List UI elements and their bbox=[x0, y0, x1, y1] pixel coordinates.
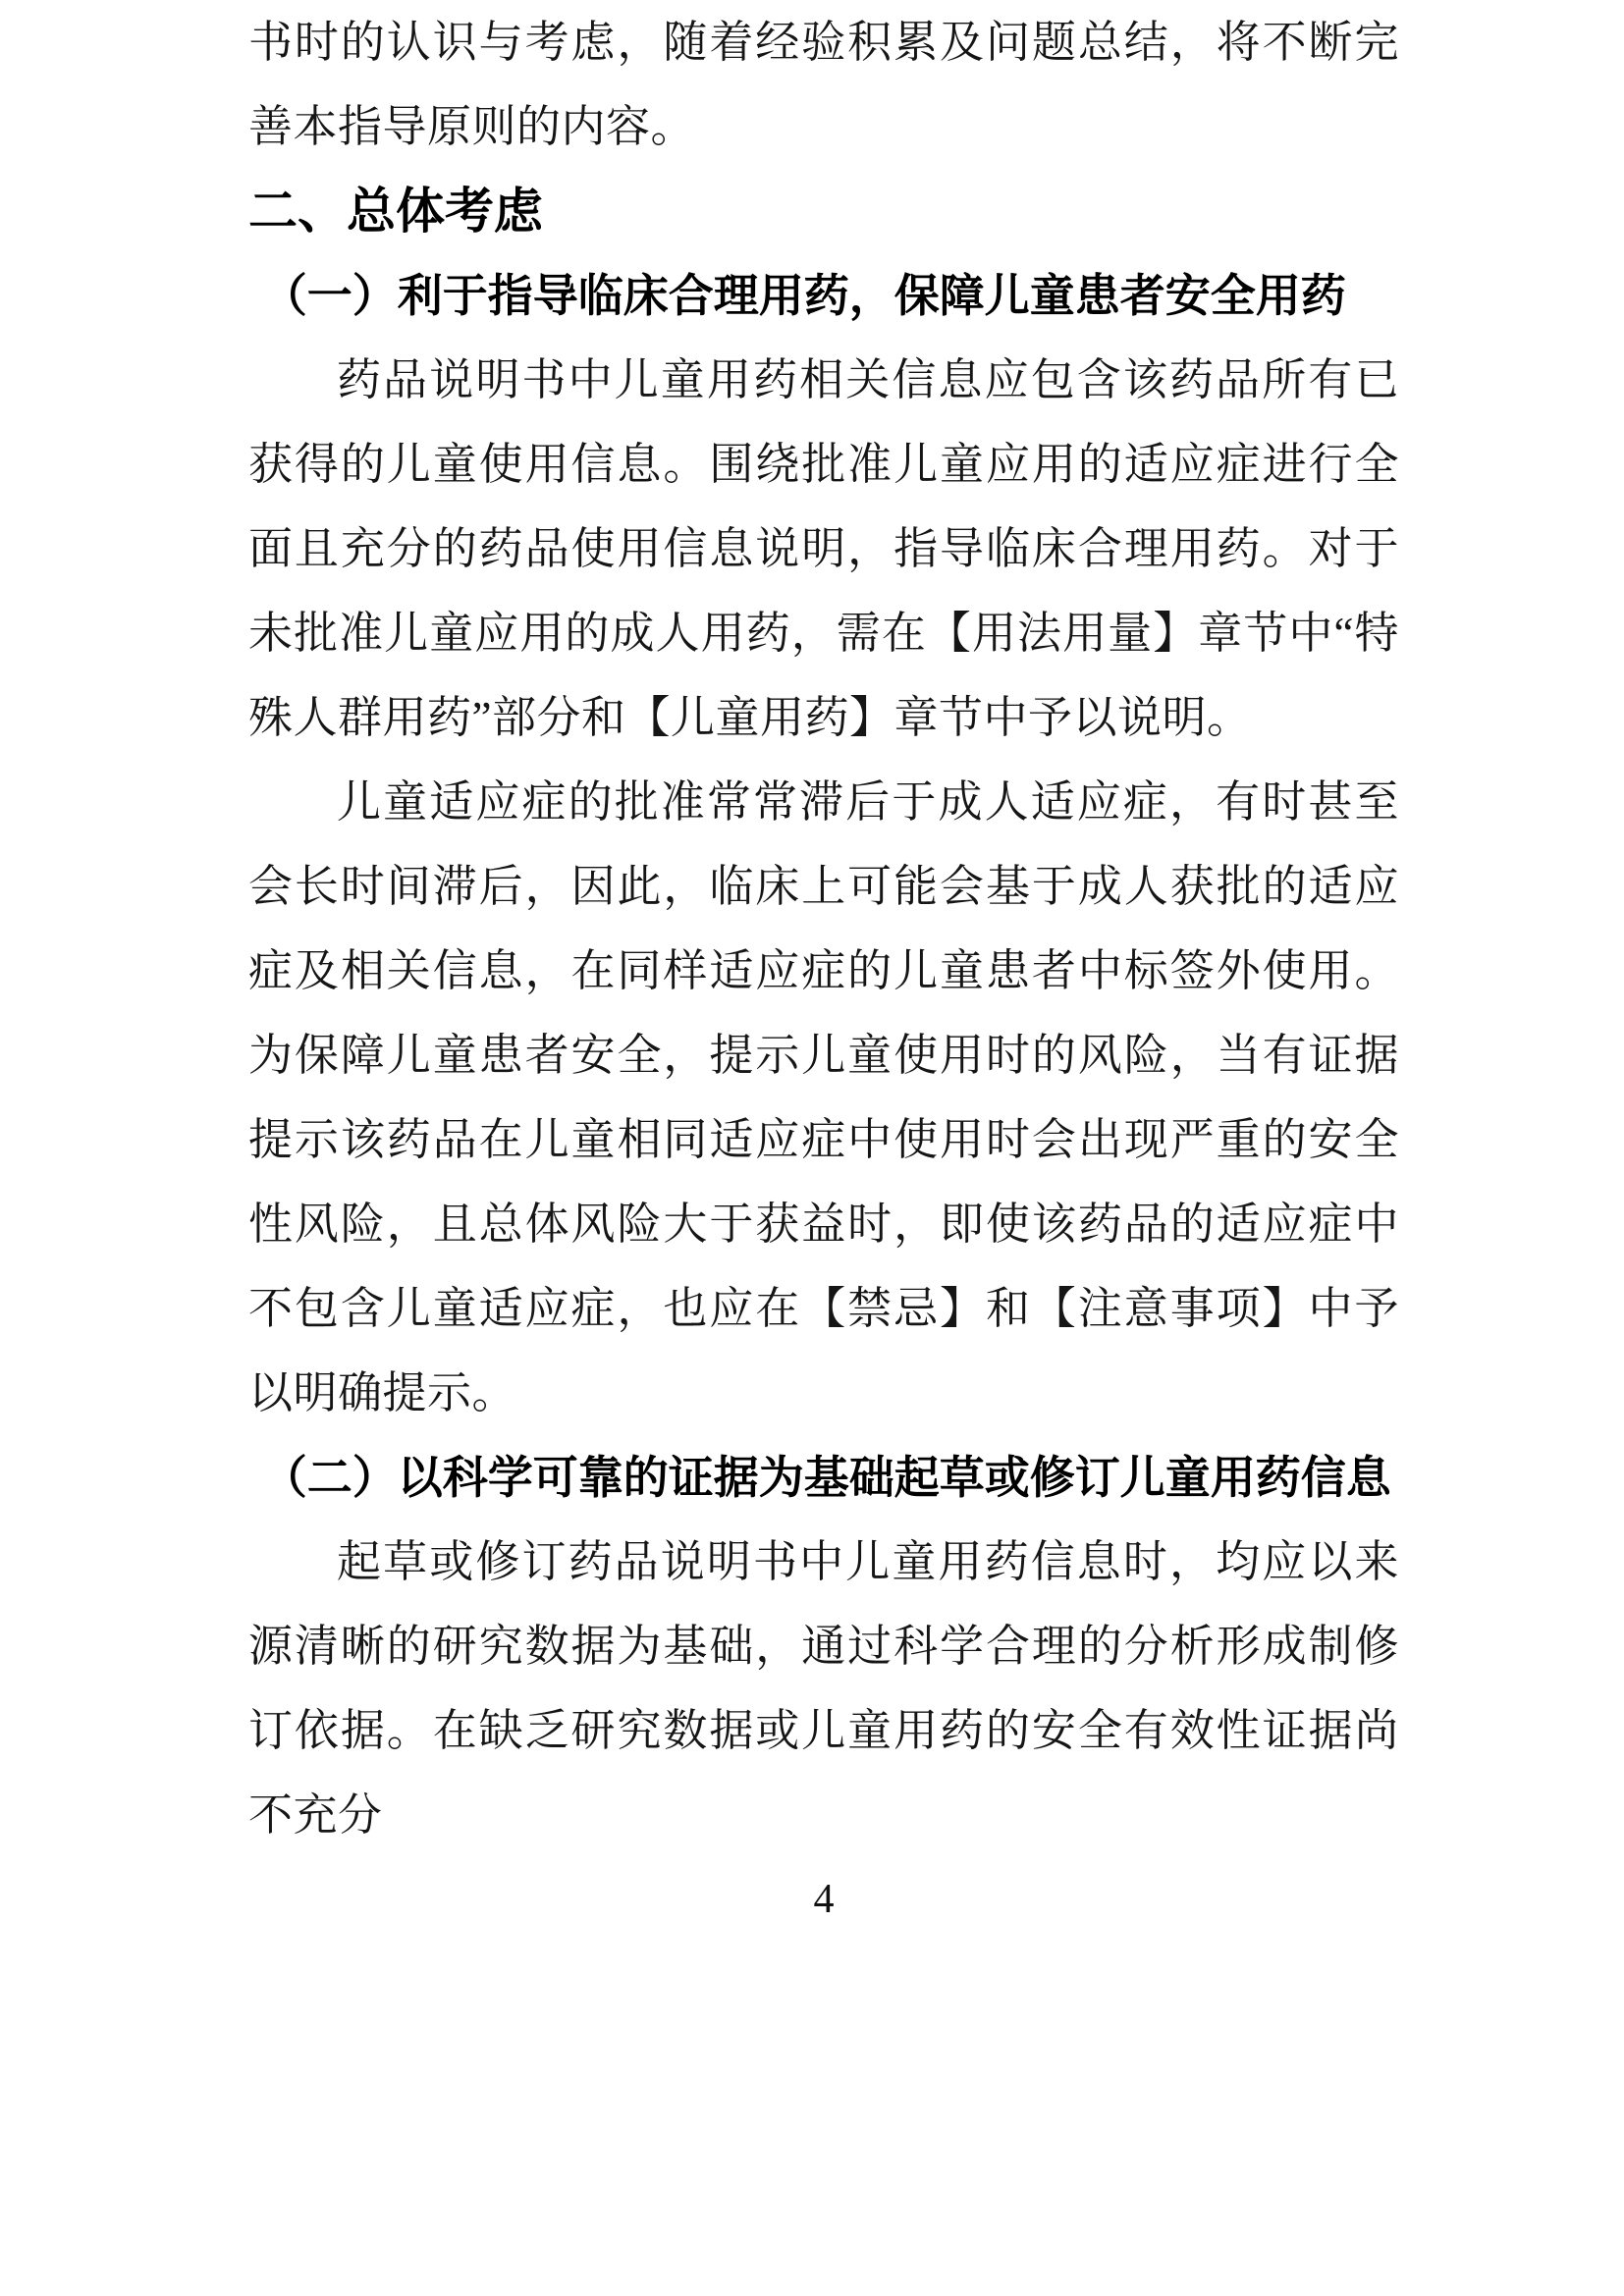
page-number: 4 bbox=[248, 1857, 1399, 1942]
subsection-2-paragraph-1: 起草或修订药品说明书中儿童用药信息时，均应以来源清晰的研究数据为基础，通过科学合… bbox=[248, 1520, 1399, 1857]
subsection-1-paragraph-1: 药品说明书中儿童用药相关信息应包含该药品所有已获得的儿童使用信息。围绕批准儿童应… bbox=[248, 338, 1399, 760]
subsection-1-paragraph-2: 儿童适应症的批准常常滞后于成人适应症，有时甚至会长时间滞后，因此，临床上可能会基… bbox=[248, 760, 1399, 1435]
intro-paragraph: 书时的认识与考虑，随着经验积累及问题总结，将不断完善本指导原则的内容。 bbox=[248, 0, 1399, 169]
subsection-1-heading: （一）利于指导临床合理用药，保障儿童患者安全用药 bbox=[248, 253, 1399, 338]
subsection-2-heading: （二）以科学可靠的证据为基础起草或修订儿童用药信息 bbox=[248, 1435, 1399, 1520]
page-content: 书时的认识与考虑，随着经验积累及问题总结，将不断完善本指导原则的内容。 二、总体… bbox=[248, 0, 1399, 1942]
section-heading: 二、总体考虑 bbox=[248, 169, 1399, 253]
document-page: 书时的认识与考虑，随着经验积累及问题总结，将不断完善本指导原则的内容。 二、总体… bbox=[0, 0, 1624, 2296]
